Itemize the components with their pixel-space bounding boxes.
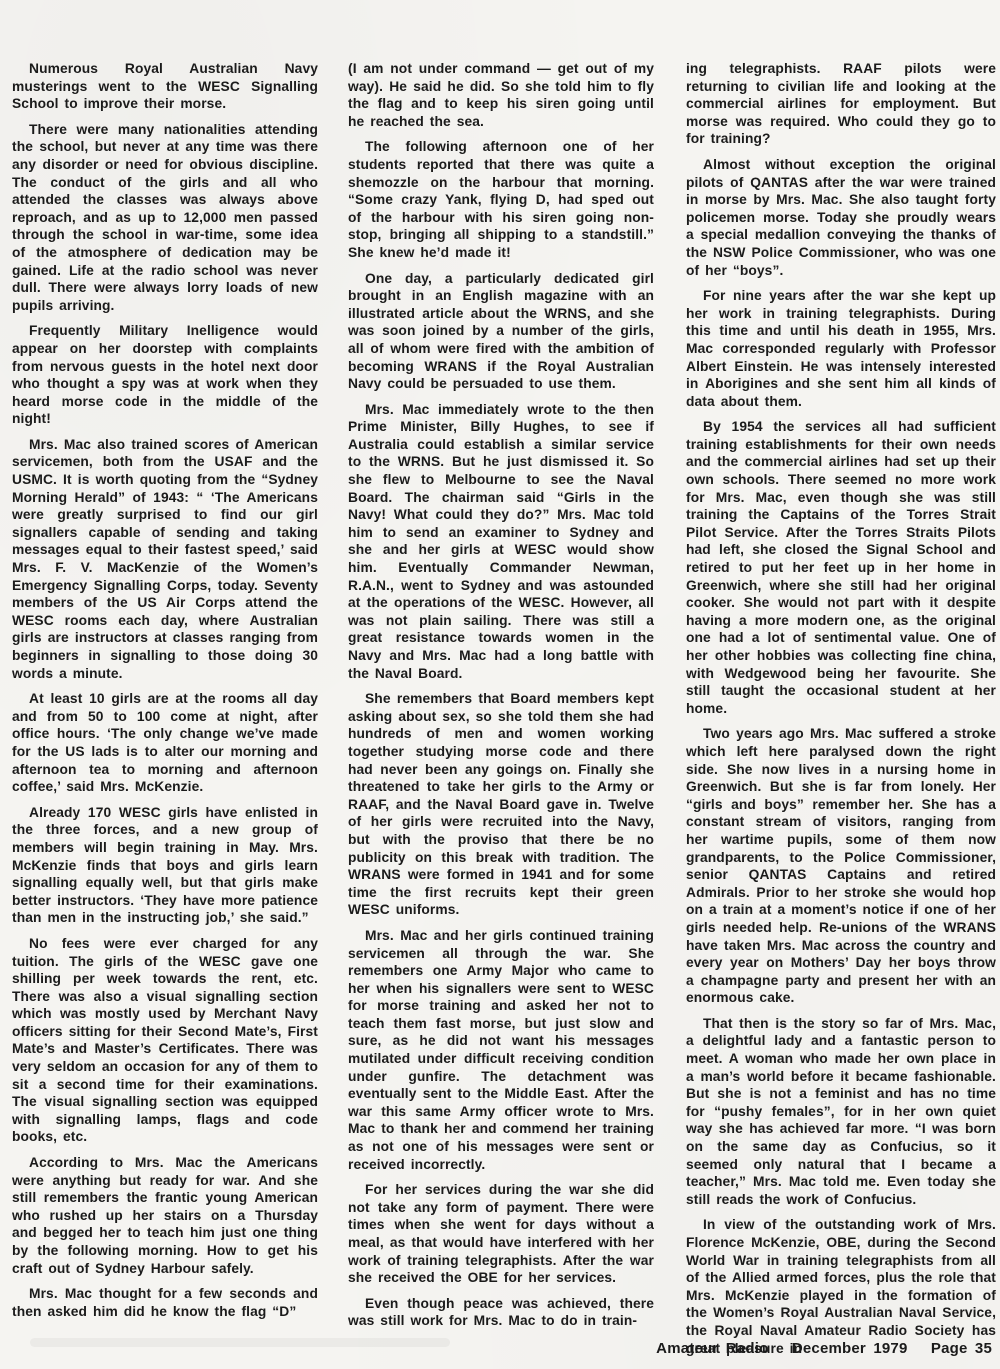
paragraph: Mrs. Mac and her girls continued trainin… (348, 927, 654, 1173)
paragraph: Numerous Royal Australian Navy mustering… (12, 60, 318, 113)
paragraph: Mrs. Mac thought for a few seconds and t… (12, 1285, 318, 1320)
journal-title: Amateur Radio (656, 1340, 768, 1357)
paragraph: Mrs. Mac also trained scores of American… (12, 436, 318, 682)
paragraph: In view of the outstanding work of Mrs. … (686, 1216, 996, 1357)
paragraph: No fees were ever charged for any tuitio… (12, 935, 318, 1146)
magazine-page: Numerous Royal Australian Navy mustering… (0, 0, 1000, 1369)
paragraph: One day, a particularly dedicated girl b… (348, 270, 654, 393)
text-column-2: (I am not under command — get out of my … (348, 60, 654, 1338)
scan-smudge (30, 1338, 450, 1347)
paragraph: That then is the story so far of Mrs. Ma… (686, 1015, 996, 1209)
paragraph: Frequently Military Inelligence would ap… (12, 322, 318, 428)
page-footer: Amateur Radio December 1979 Page 35 (656, 1340, 992, 1357)
paragraph: Even though peace was achieved, there wa… (348, 1295, 654, 1330)
paragraph: (I am not under command — get out of my … (348, 60, 654, 130)
paragraph: For nine years after the war she kept up… (686, 287, 996, 410)
paragraph: Almost without exception the original pi… (686, 156, 996, 279)
text-column-3: ing telegraphists. RAAF pilots were retu… (686, 60, 996, 1365)
paragraph: ing telegraphists. RAAF pilots were retu… (686, 60, 996, 148)
paragraph: There were many nationalities attending … (12, 121, 318, 315)
paragraph: By 1954 the services all had sufficient … (686, 418, 996, 717)
paragraph: Two years ago Mrs. Mac suffered a stroke… (686, 725, 996, 1007)
paragraph: According to Mrs. Mac the Americans were… (12, 1154, 318, 1277)
paragraph: At least 10 girls are at the rooms all d… (12, 690, 318, 796)
paragraph: Mrs. Mac immediately wrote to the then P… (348, 401, 654, 683)
paragraph: She remembers that Board members kept as… (348, 690, 654, 919)
paragraph: For her services during the war she did … (348, 1181, 654, 1287)
page-number: Page 35 (931, 1340, 992, 1357)
paragraph: Already 170 WESC girls have enlisted in … (12, 804, 318, 927)
text-column-1: Numerous Royal Australian Navy mustering… (12, 60, 318, 1328)
issue-date: December 1979 (792, 1340, 908, 1357)
paragraph: The following afternoon one of her stude… (348, 138, 654, 261)
